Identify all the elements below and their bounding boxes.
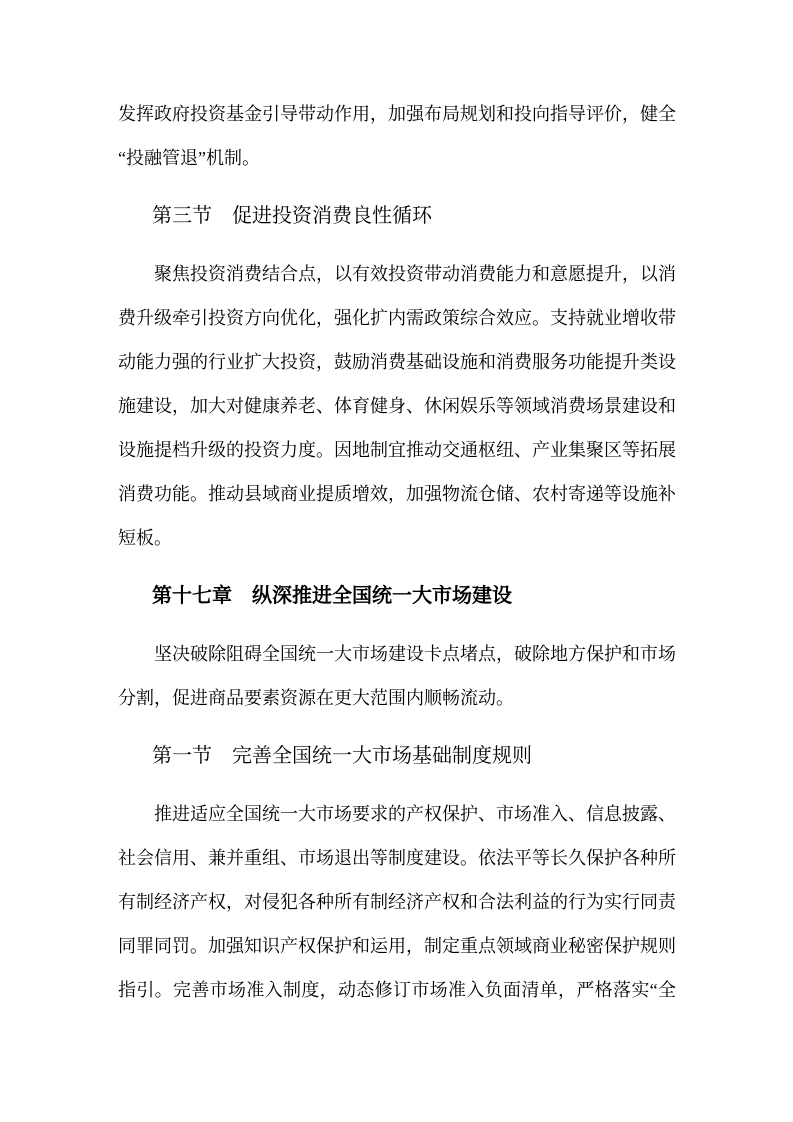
chapter-heading: 第十七章 纵深推进全国统一大市场建设 xyxy=(118,574,676,618)
section-heading: 第一节 完善全国统一大市场基础制度规则 xyxy=(118,734,676,778)
text-line: 设施提档升级的投资力度。因地制宜推动交通枢纽、产业集聚区等拓展 xyxy=(118,428,676,472)
text-line: 推进适应全国统一大市场要求的产权保护、市场准入、信息披露、 xyxy=(118,792,676,836)
paragraph: 推进适应全国统一大市场要求的产权保护、市场准入、信息披露、 社会信用、兼并重组、… xyxy=(118,792,676,1012)
text-line: 费升级牵引投资方向优化，强化扩内需政策综合效应。支持就业增收带 xyxy=(118,296,676,340)
text-line: “投融管退”机制。 xyxy=(118,136,676,180)
section-heading: 第三节 促进投资消费良性循环 xyxy=(118,194,676,238)
text-line: 社会信用、兼并重组、市场退出等制度建设。依法平等长久保护各种所 xyxy=(118,836,676,880)
text-line: 发挥政府投资基金引导带动作用，加强布局规划和投向指导评价，健全 xyxy=(118,92,676,136)
text-line: 施建设，加大对健康养老、体育健身、休闲娱乐等领域消费场景建设和 xyxy=(118,384,676,428)
paragraph: 发挥政府投资基金引导带动作用，加强布局规划和投向指导评价，健全 “投融管退”机制… xyxy=(118,92,676,180)
text-line: 坚决破除阻碍全国统一大市场建设卡点堵点，破除地方保护和市场 xyxy=(118,632,676,676)
text-line: 消费功能。推动县域商业提质增效，加强物流仓储、农村寄递等设施补 xyxy=(118,472,676,516)
document-page: 发挥政府投资基金引导带动作用，加强布局规划和投向指导评价，健全 “投融管退”机制… xyxy=(0,0,793,1122)
text-line: 分割，促进商品要素资源在更大范围内顺畅流动。 xyxy=(118,676,676,720)
paragraph: 聚焦投资消费结合点，以有效投资带动消费能力和意愿提升，以消 费升级牵引投资方向优… xyxy=(118,252,676,560)
text-line: 短板。 xyxy=(118,516,676,560)
text-line: 指引。完善市场准入制度，动态修订市场准入负面清单，严格落实“全 xyxy=(118,968,676,1012)
text-line: 动能力强的行业扩大投资，鼓励消费基础设施和消费服务功能提升类设 xyxy=(118,340,676,384)
paragraph: 坚决破除阻碍全国统一大市场建设卡点堵点，破除地方保护和市场 分割，促进商品要素资… xyxy=(118,632,676,720)
text-line: 有制经济产权，对侵犯各种所有制经济产权和合法利益的行为实行同责 xyxy=(118,880,676,924)
text-line: 聚焦投资消费结合点，以有效投资带动消费能力和意愿提升，以消 xyxy=(118,252,676,296)
text-line: 同罪同罚。加强知识产权保护和运用，制定重点领域商业秘密保护规则 xyxy=(118,924,676,968)
